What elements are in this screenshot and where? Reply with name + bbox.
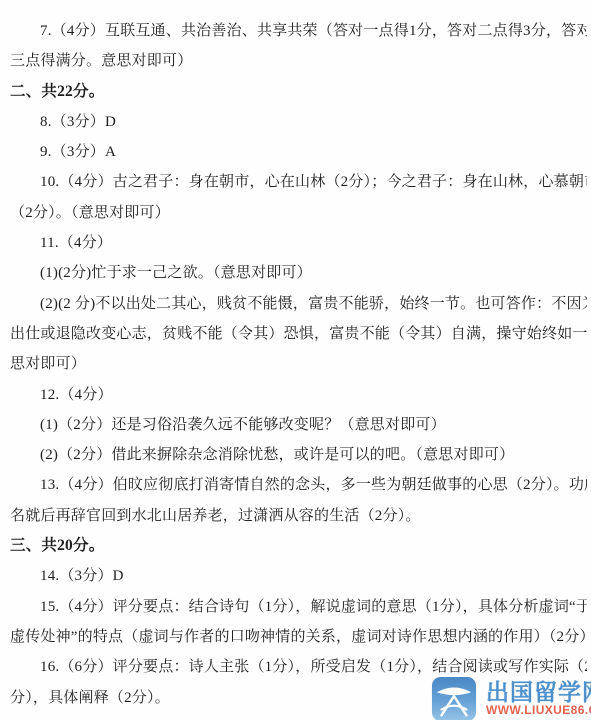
watermark-text-block: 出国留学网 WWW.LIUXUE86.COM [486, 676, 591, 717]
liuxue86-logo-icon [431, 676, 477, 720]
answer-line: 13.（4分）伯旼应彻底打消寄情自然的念头，多一些为朝廷做事的心思（2分）。功成 [10, 470, 587, 500]
watermark-site-name: 出国留学网 [486, 680, 591, 704]
answer-line: （2分）。（意思对即可） [10, 198, 587, 228]
watermark-site-url: WWW.LIUXUE86.COM [486, 704, 591, 717]
answer-line: 9.（3分）A [10, 137, 587, 167]
answer-line: 15.（4分）评分要点：结合诗句（1分），解说虚词的意思（1分），具体分析虚词“… [10, 592, 587, 622]
answer-line: 10.（4分）古之君子：身在朝市，心在山林（2分）；今之君子：身在山林，心慕朝市 [10, 167, 587, 197]
answer-line: 名就后再辞官回到水北山居养老，过潇洒从容的生活（2分）。 [10, 501, 587, 531]
answer-line: 思对即可） [10, 349, 587, 379]
answer-line: 虚传处神”的特点（虚词与作者的口吻神情的关系，虚词对诗作思想内涵的作用）（2分）… [10, 622, 587, 652]
document-body: 7.（4分）互联互通、共治善治、共享共荣（答对一点得1分，答对二点得3分，答对三… [10, 16, 587, 713]
answer-line: (2)(2 分)不以出处二其心，贱贫不能慑，富贵不能骄，始终一节。也可答作：不因… [10, 289, 587, 319]
answer-line: 出仕或退隐改变心志，贫贱不能（令其）恐惧，富贵不能（令其）自满，操守始终如一。（… [10, 319, 587, 349]
section-heading: 三、共20分。 [10, 531, 587, 561]
answer-line: (2)（2分）借此来摒除杂念消除忧愁，或许是可以的吧。（意思对即可） [10, 440, 587, 470]
answer-line: (1)（2分）还是习俗沿袭久远不能够改变呢？（意思对即可） [10, 410, 587, 440]
answer-line: 三点得满分。意思对即可） [10, 46, 587, 76]
answer-line: 14.（3分）D [10, 561, 587, 591]
answer-line: 7.（4分）互联互通、共治善治、共享共荣（答对一点得1分，答对二点得3分，答对 [10, 16, 587, 46]
answer-line: (1)(2分)忙于求一己之欲。（意思对即可） [10, 258, 587, 288]
section-heading: 二、共22分。 [10, 77, 587, 107]
answer-line: 8.（3分）D [10, 107, 587, 137]
watermark: 出国留学网 WWW.LIUXUE86.COM [431, 676, 591, 720]
answer-line: 11.（4分） [10, 228, 587, 258]
answer-line: 12.（4分） [10, 380, 587, 410]
